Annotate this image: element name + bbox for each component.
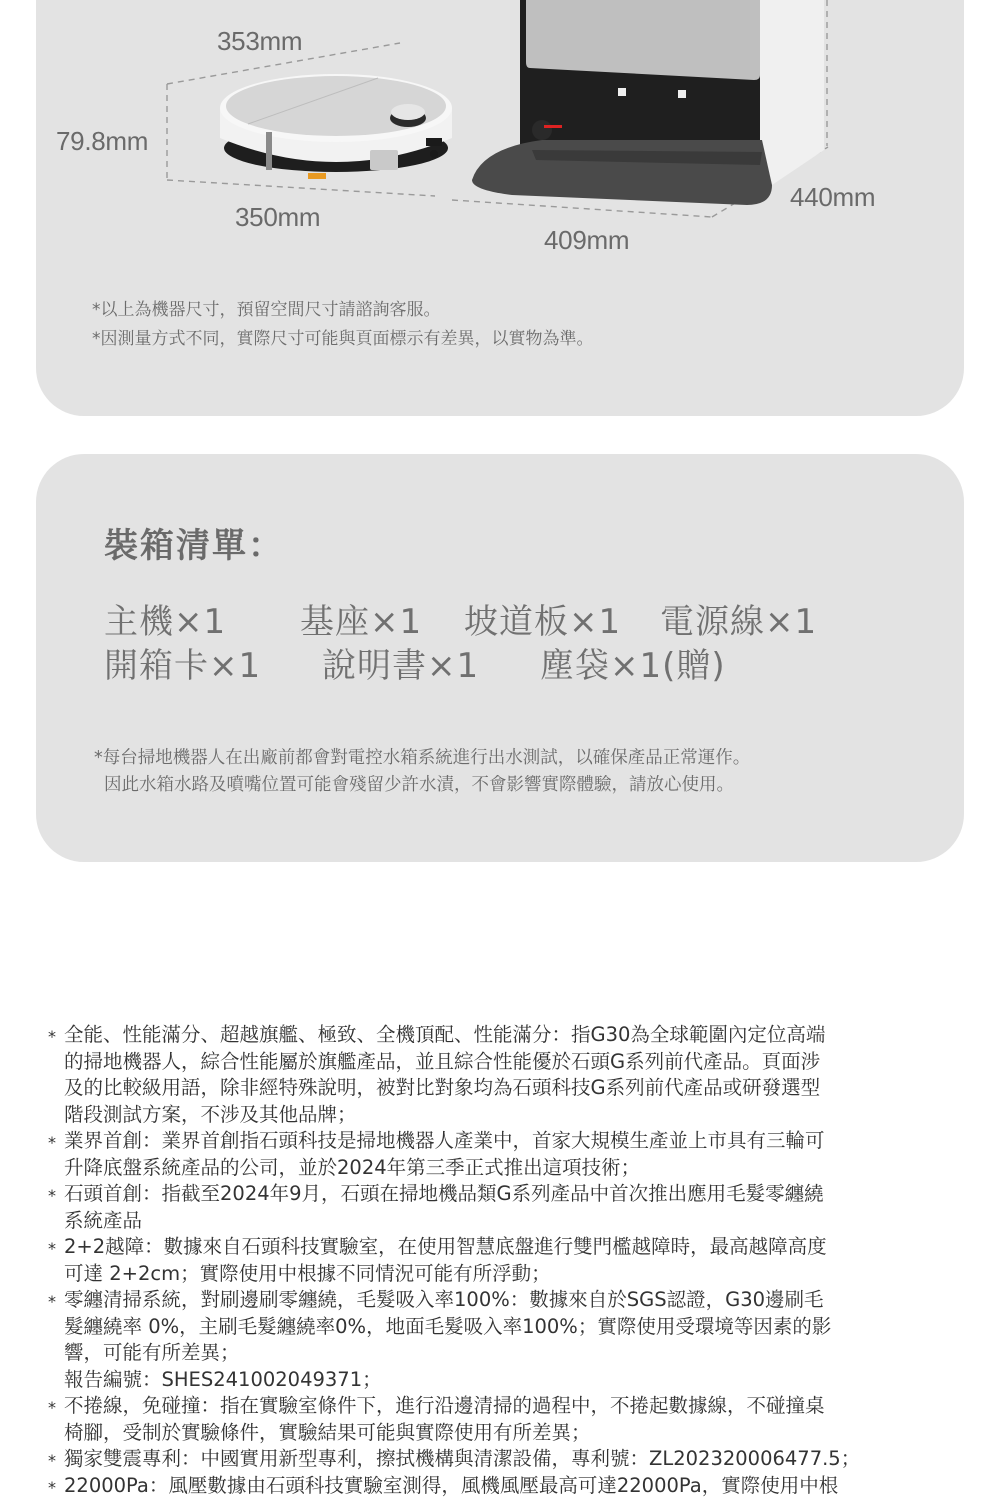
- robot-top-diameter-label: 353mm: [217, 26, 302, 57]
- packing-item-main-unit: 主機×1: [104, 594, 226, 643]
- disclaimer-item: 不捲線，免碰撞：指在實驗室條件下，進行沿邊清掃的過程中，不捲起數據線，不碰撞桌 …: [48, 1393, 968, 1446]
- packing-item-power-cord: 電源線×1: [660, 594, 817, 643]
- packing-item-ramp: 坡道板×1: [464, 594, 621, 643]
- station-width-label: 409mm: [544, 225, 629, 256]
- base-station-image: [472, 0, 824, 208]
- disclaimer-item: 獨家雙震專利：中國實用新型專利，擦拭機構與清潔設備，專利號：ZL20232000…: [48, 1446, 968, 1473]
- packing-item-card: 開箱卡×1: [104, 638, 261, 687]
- dimensions-note-2: *因測量方式不同，實際尺寸可能與頁面標示有差異，以實物為準。: [92, 325, 594, 353]
- disclaimer-item: 石頭首創：指截至2024年9月，石頭在掃地機品類G系列產品中首次推出應用毛髮零纏…: [48, 1181, 968, 1234]
- disclaimer-item: 業界首創：業界首創指石頭科技是掃地機器人產業中，首家大規模生產並上市具有三輪可 …: [48, 1128, 968, 1181]
- disclaimer-item: 2+2越障：數據來自石頭科技實驗室，在使用智慧底盤進行雙門檻越障時，最高越障高度…: [48, 1234, 968, 1287]
- disclaimer-item: 全能、性能滿分、超越旗艦、極致、全機頂配、性能滿分：指G30為全球範圍內定位高端…: [48, 1022, 968, 1128]
- dimensions-note-1: *以上為機器尺寸，預留空間尺寸請諮詢客服。: [92, 296, 441, 324]
- packing-note-2: 因此水箱水路及噴嘴位置可能會殘留少許水漬，不會影響實際體驗，請放心使用。: [104, 771, 734, 799]
- robot-bottom-diameter-label: 350mm: [235, 202, 320, 233]
- robot-height-label: 79.8mm: [56, 126, 148, 157]
- packing-item-dust-bag: 塵袋×1(贈): [540, 638, 726, 687]
- disclaimer-list: 全能、性能滿分、超越旗艦、極致、全機頂配、性能滿分：指G30為全球範圍內定位高端…: [48, 1022, 968, 1499]
- packing-item-base: 基座×1: [300, 594, 422, 643]
- packing-item-manual: 說明書×1: [322, 638, 479, 687]
- disclaimer-report-number: 報告編號：SHES241002049371；: [48, 1367, 968, 1394]
- robot-vacuum-image: [218, 68, 454, 180]
- packing-list-title: 裝箱清單：: [104, 518, 284, 567]
- disclaimer-item: 22000Pa：風壓數據由石頭科技實驗室測得，風機風壓最高可達22000Pa，實…: [48, 1473, 968, 1500]
- packing-note-1: *每台掃地機器人在出廠前都會對電控水箱系統進行出水測試，以確保產品正常運作。: [94, 744, 750, 772]
- disclaimer-item: 零纏清掃系統，對刷邊刷零纏繞，毛髮吸入率100%：數據來自於SGS認證，G30邊…: [48, 1287, 968, 1367]
